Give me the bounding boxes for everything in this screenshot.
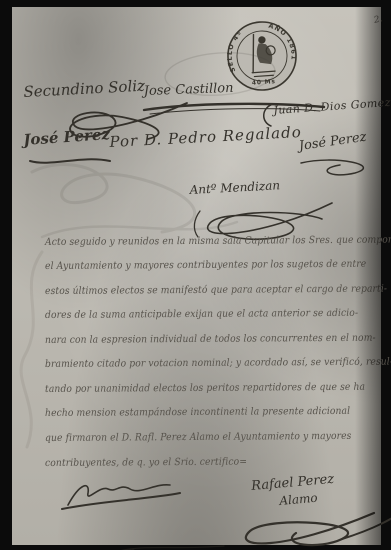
- body-line: Acto seguido y reunidos en la misma sala…: [45, 235, 353, 248]
- signature-rafael-perez: Rafael Perez: [251, 472, 335, 494]
- body-line: el Ayuntamiento y mayores contribuyentes…: [45, 259, 353, 272]
- photo-frame: 2. SELLO 4º AÑO 1861 40 Ms: [0, 0, 391, 550]
- rubric-flourish-secretary-left: [60, 475, 185, 517]
- page-edge-shadow: [355, 7, 381, 545]
- underline-flourish-perez-left: [26, 153, 116, 169]
- body-line: tando por unanimidad electos los peritos…: [45, 382, 353, 395]
- body-line: dores de la suma anticipable exijan que …: [45, 308, 353, 321]
- revenue-stamp-seal: SELLO 4º AÑO 1861 40 Ms: [221, 15, 302, 96]
- body-line: nara con la espresion individual de todo…: [45, 333, 353, 346]
- cutoff-bottom-writing: [112, 540, 232, 550]
- document-page: 2. SELLO 4º AÑO 1861 40 Ms: [12, 7, 381, 545]
- body-line: contribuyentes, de q. yo el Srio. certif…: [45, 456, 353, 469]
- body-line: bramiento citado por votacion nominal; y…: [45, 357, 353, 370]
- signature-jose-castillon: Jose Castillon: [143, 81, 233, 99]
- body-line: hecho mension estampándose incontinenti …: [45, 406, 353, 419]
- body-line: estos últimos electos se manifestó que p…: [45, 284, 353, 297]
- body-line: que firmaron el D. Rafl. Perez Alamo el …: [45, 431, 353, 444]
